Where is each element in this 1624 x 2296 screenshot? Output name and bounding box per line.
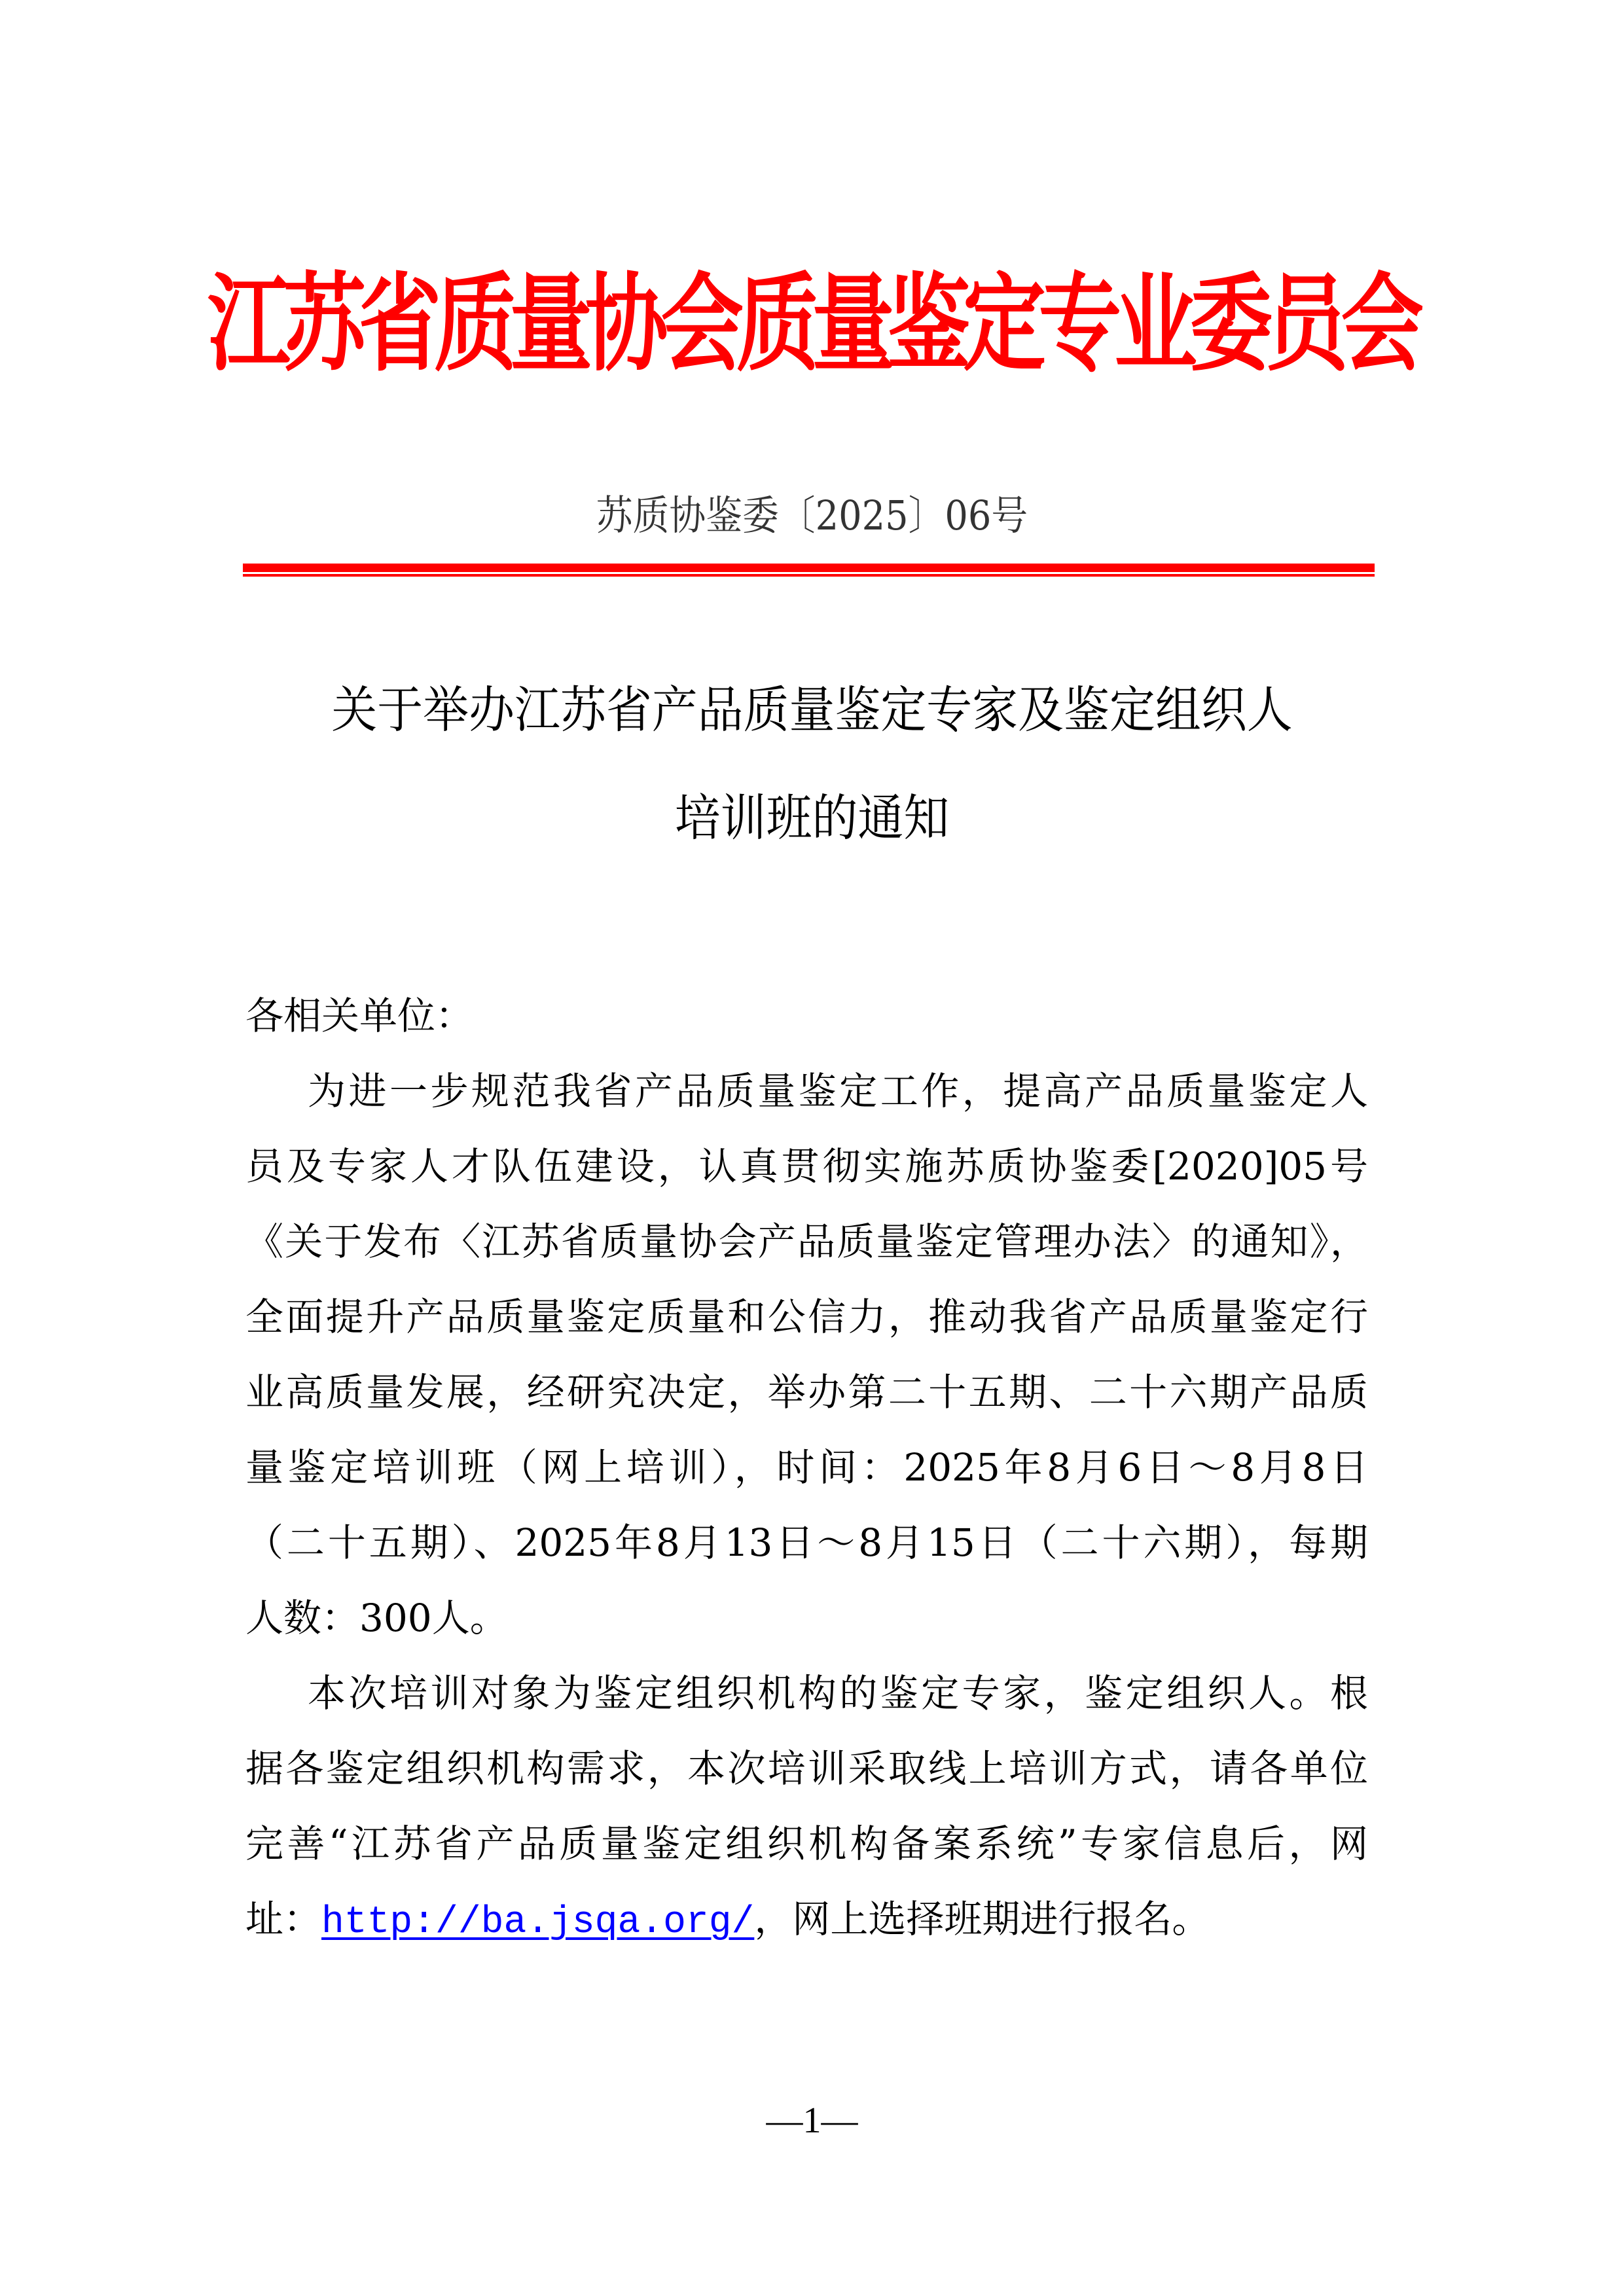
- address-label: 址：: [245, 1897, 321, 1941]
- paragraph-1-line: 为进一步规范我省产品质量鉴定工作，提高产品质量鉴定人: [308, 1054, 1368, 1129]
- paragraph-1-line: 员及专家人才队伍建设，认真贯彻实施苏质协鉴委[2020]05号: [245, 1129, 1368, 1204]
- page-number: —1—: [0, 2098, 1624, 2144]
- notice-title-line-1: 关于举办江苏省产品质量鉴定专家及鉴定组织人: [65, 677, 1559, 743]
- paragraph-2-line: 本次培训对象为鉴定组织机构的鉴定专家，鉴定组织人。根: [308, 1656, 1368, 1731]
- paragraph-1-line: （二十五期）、2025年8月13日～8月15日（二十六期），每期: [245, 1505, 1368, 1581]
- red-divider-thin: [243, 574, 1375, 577]
- paragraph-2-line: 完善“江苏省产品质量鉴定组织机构备案系统”专家信息后，网: [245, 1806, 1368, 1882]
- paragraph-1-line: 业高质量发展，经研究决定，举办第二十五期、二十六期产品质: [245, 1355, 1368, 1430]
- organization-title: 江苏省质量协会质量鉴定专业委员会: [179, 265, 1445, 383]
- registration-instruction: ，网上选择班期进行报名。: [754, 1897, 1210, 1941]
- red-divider-thick: [243, 564, 1375, 572]
- paragraph-1-line: 人数：300人。: [245, 1581, 1368, 1656]
- registration-link[interactable]: http://ba.jsqa.org/: [321, 1901, 754, 1944]
- paragraph-2-last-line: 址：http://ba.jsqa.org/，网上选择班期进行报名。: [245, 1882, 1368, 1957]
- salutation: 各相关单位：: [245, 978, 473, 1054]
- document-page: 江苏省质量协会质量鉴定专业委员会 苏质协鉴委〔2025〕06号 关于举办江苏省产…: [0, 0, 1624, 2296]
- document-number: 苏质协鉴委〔2025〕06号: [81, 490, 1543, 542]
- paragraph-2-line: 据各鉴定组织机构需求，本次培训采取线上培训方式，请各单位: [245, 1731, 1368, 1806]
- paragraph-1-line: 量鉴定培训班（网上培训），时间：2025年8月6日～8月8日: [245, 1430, 1368, 1505]
- paragraph-1-line: 《关于发布〈江苏省质量协会产品质量鉴定管理办法〉的通知》，: [245, 1204, 1368, 1280]
- notice-title-line-2: 培训班的通知: [65, 785, 1559, 851]
- paragraph-1-line: 全面提升产品质量鉴定质量和公信力，推动我省产品质量鉴定行: [245, 1280, 1368, 1355]
